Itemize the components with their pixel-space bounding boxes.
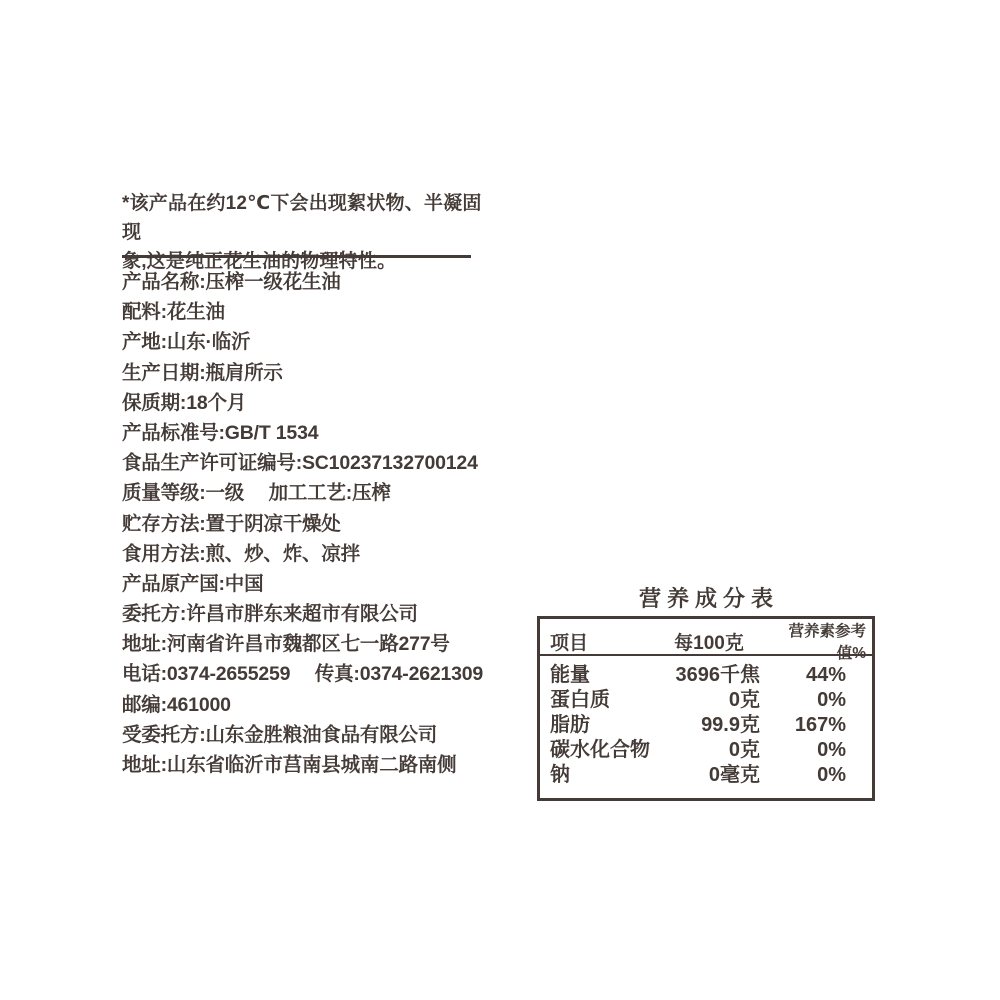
- nutrient-name: 蛋白质: [540, 688, 658, 713]
- info-line-origin: 产地:山东·临沂: [122, 327, 542, 357]
- info-line-manufacturer-address: 地址:山东省临沂市莒南县城南二路南侧: [122, 750, 542, 780]
- info-line-ingredients: 配料:花生油: [122, 297, 542, 327]
- nutrient-name: 能量: [540, 663, 658, 688]
- info-line-postcode: 邮编:461000: [122, 690, 542, 720]
- nutrition-table-title: 营养成分表: [537, 582, 875, 613]
- nutrient-nrv: 0%: [760, 688, 872, 713]
- nutrition-table-body: 能量 3696千焦 44% 蛋白质 0克 0% 脂肪 99.9克 167% 碳水…: [540, 656, 872, 788]
- nutrition-row-protein: 蛋白质 0克 0%: [540, 688, 872, 713]
- nutrient-name: 碳水化合物: [540, 738, 658, 763]
- nutrition-header-nrv: 营养素参考值%: [760, 619, 872, 663]
- nutrient-nrv: 44%: [760, 663, 872, 688]
- info-line-standard-number: 产品标准号:GB/T 1534: [122, 418, 542, 448]
- nutrition-header-row: 项目 每100克 营养素参考值%: [540, 619, 872, 656]
- info-line-consignor: 委托方:许昌市胖东来超市有限公司: [122, 599, 542, 629]
- nutrient-name: 脂肪: [540, 713, 658, 738]
- nutrition-row-sodium: 钠 0毫克 0%: [540, 763, 872, 788]
- nutrient-amount: 99.9克: [658, 713, 760, 738]
- info-line-usage-method: 食用方法:煎、炒、炸、凉拌: [122, 539, 542, 569]
- section-divider: [122, 255, 471, 258]
- info-line-license-number: 食品生产许可证编号:SC10237132700124: [122, 448, 542, 478]
- product-label: *该产品在约12℃下会出现絮状物、半凝固现 象,这是纯正花生油的物理特性。 产品…: [0, 0, 1000, 1000]
- nutrient-nrv: 0%: [760, 763, 872, 788]
- info-line-country-of-origin: 产品原产国:中国: [122, 569, 542, 599]
- info-line-manufacturer: 受委托方:山东金胜粮油食品有限公司: [122, 720, 542, 750]
- nutrition-row-fat: 脂肪 99.9克 167%: [540, 713, 872, 738]
- info-line-storage-method: 贮存方法:置于阴凉干燥处: [122, 509, 542, 539]
- nutrient-amount: 3696千焦: [658, 663, 760, 688]
- product-info-list: 产品名称:压榨一级花生油 配料:花生油 产地:山东·临沂 生产日期:瓶肩所示 保…: [122, 267, 542, 780]
- info-line-production-date: 生产日期:瓶肩所示: [122, 358, 542, 388]
- nutrition-header-item: 项目: [540, 628, 658, 655]
- nutrient-amount: 0克: [658, 738, 760, 763]
- info-line-consignor-address: 地址:河南省许昌市魏都区七一路277号: [122, 629, 542, 659]
- nutrient-name: 钠: [540, 763, 658, 788]
- nutrition-row-energy: 能量 3696千焦 44%: [540, 663, 872, 688]
- info-line-phone-fax: 电话:0374-2655259 传真:0374-2621309: [122, 659, 542, 689]
- nutrient-nrv: 167%: [760, 713, 872, 738]
- nutrient-nrv: 0%: [760, 738, 872, 763]
- nutrient-amount: 0毫克: [658, 763, 760, 788]
- nutrient-amount: 0克: [658, 688, 760, 713]
- cold-weather-notice: *该产品在约12℃下会出现絮状物、半凝固现 象,这是纯正花生油的物理特性。: [122, 189, 494, 276]
- info-line-grade-process: 质量等级:一级 加工工艺:压榨: [122, 478, 542, 508]
- info-line-product-name: 产品名称:压榨一级花生油: [122, 267, 542, 297]
- nutrition-row-carbohydrate: 碳水化合物 0克 0%: [540, 738, 872, 763]
- info-line-shelf-life: 保质期:18个月: [122, 388, 542, 418]
- nutrition-header-per100g: 每100克: [658, 628, 760, 655]
- notice-line-1: *该产品在约12℃下会出现絮状物、半凝固现: [122, 189, 494, 247]
- nutrition-table: 项目 每100克 营养素参考值% 能量 3696千焦 44% 蛋白质 0克 0%…: [537, 616, 875, 801]
